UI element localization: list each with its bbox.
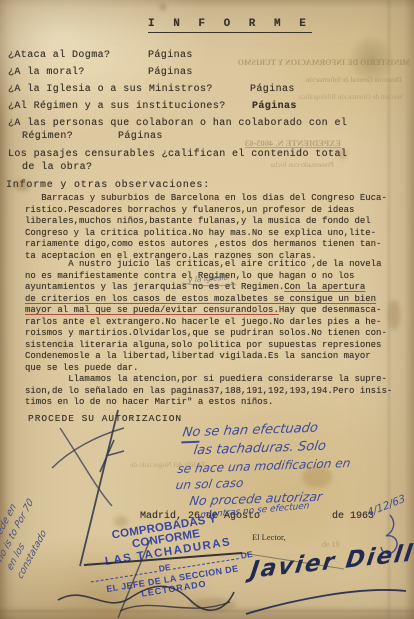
question-personas-pages: Páginas xyxy=(118,131,163,142)
report-title: I N F O R M E xyxy=(148,18,312,33)
observations-heading: Informe y otras observaciones: xyxy=(6,180,210,191)
marginal-scribble: procede en no is to Por 70 en los consta… xyxy=(0,487,57,582)
tachaduras-stamp: COMPROBADAS Y CONFORME LAS TACHADURAS DE… xyxy=(81,508,256,606)
question-total-line1: Los pasajes censurables ¿califican el co… xyxy=(8,149,347,160)
censor-note-date: 4/12/63 xyxy=(366,493,406,520)
question-moral-pages: Páginas xyxy=(148,67,193,78)
censor-note-no-word: No xyxy=(181,425,201,444)
question-total-line2: de la obra? xyxy=(22,162,92,173)
report-paragraph-1: Barracas y suburbios de Barcelona en los… xyxy=(25,193,403,262)
report-paragraph-3: Llamamos la atencion,por si puediera con… xyxy=(25,374,403,409)
question-iglesia-pages: Páginas xyxy=(250,84,295,95)
paper-stain xyxy=(114,516,128,527)
censor-note-line4: un sol caso xyxy=(175,476,245,492)
question-regimen: ¿Al Régimen y a sus instituciones? xyxy=(8,101,226,112)
paragraph-2-plain: Hay que desenmasca- rarlos ante el extra… xyxy=(25,305,387,373)
bleed-ministry-text: MINISTERIO DE INFORMACION Y TURISMO xyxy=(238,58,410,67)
bleed-presentado-text: Presentado con fecha xyxy=(224,160,334,169)
censorship-report-page: MINISTERIO DE INFORMACION Y TURISMO Dire… xyxy=(0,0,414,619)
question-moral: ¿A la moral? xyxy=(8,67,85,78)
reader-label: El Lector, xyxy=(252,532,286,542)
question-iglesia: ¿A la Iglesia o a sus Ministros? xyxy=(8,84,213,95)
stamp-de-right: DE xyxy=(240,549,253,561)
question-regimen-pages: Páginas xyxy=(252,101,297,112)
question-personas-line2: Régimen? xyxy=(22,131,73,142)
stamp-de-left: DE xyxy=(158,562,171,574)
question-dogma: ¿Ataca al Dogma? xyxy=(8,50,110,61)
bleed-expediente-text: EXPEDIENTE N. 4605-63 xyxy=(213,138,341,148)
paper-stain xyxy=(160,4,166,10)
censor-note-line1: No se han efectuado xyxy=(182,421,319,441)
paper-crease xyxy=(0,610,414,612)
censor-note-line2: las tachaduras. Solo xyxy=(193,439,327,459)
authorization-verdict: PROCEDE SU AUTORIZACION xyxy=(28,413,182,424)
question-personas-line1: ¿A las personas que colaboran o han cola… xyxy=(8,118,347,129)
bleed-direccion-text: Dirección General de Información xyxy=(250,76,402,84)
question-dogma-pages: Páginas xyxy=(148,50,193,61)
